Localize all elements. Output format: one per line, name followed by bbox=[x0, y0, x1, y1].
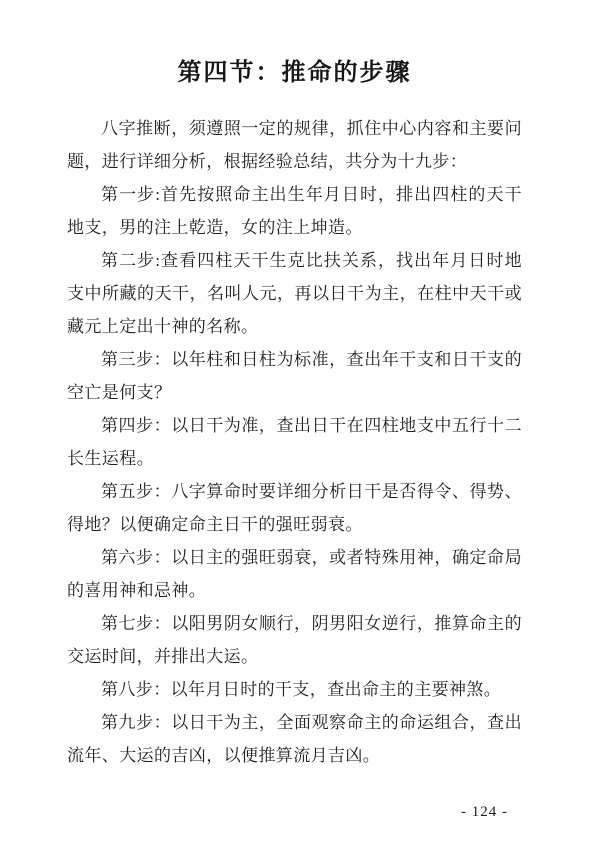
paragraph-step-3: 第三步：以年柱和日柱为标准，查出年干支和日干支的空亡是何支？ bbox=[67, 343, 522, 409]
paragraph-step-5: 第五步：八字算命时要详细分析日干是否得令、得势、得地？以便确定命主日干的强旺弱衰… bbox=[67, 475, 522, 541]
page-number: - 124 - bbox=[461, 804, 508, 821]
body-text: 八字推断，须遵照一定的规律，抓住中心内容和主要问题，进行详细分析，根据经验总结，… bbox=[67, 112, 522, 772]
section-title: 第四节：推命的步骤 bbox=[0, 52, 589, 87]
paragraph-step-4: 第四步：以日干为准，查出日干在四柱地支中五行十二长生运程。 bbox=[67, 409, 522, 475]
document-page: 第四节：推命的步骤 八字推断，须遵照一定的规律，抓住中心内容和主要问题，进行详细… bbox=[0, 0, 589, 854]
paragraph-step-7: 第七步：以阳男阴女顺行，阴男阳女逆行，推算命主的交运时间，并排出大运。 bbox=[67, 607, 522, 673]
paragraph-intro: 八字推断，须遵照一定的规律，抓住中心内容和主要问题，进行详细分析，根据经验总结，… bbox=[67, 112, 522, 178]
paragraph-step-9: 第九步：以日干为主，全面观察命主的命运组合，查出流年、大运的吉凶，以便推算流月吉… bbox=[67, 706, 522, 772]
paragraph-step-2: 第二步:查看四柱天干生克比扶关系，找出年月日时地支中所藏的天干，名叫人元，再以日… bbox=[67, 244, 522, 343]
paragraph-step-6: 第六步：以日主的强旺弱衰，或者特殊用神，确定命局的喜用神和忌神。 bbox=[67, 541, 522, 607]
paragraph-step-1: 第一步:首先按照命主出生年月日时，排出四柱的天干地支，男的注上乾造，女的注上坤造… bbox=[67, 178, 522, 244]
paragraph-step-8: 第八步：以年月日时的干支，查出命主的主要神煞。 bbox=[67, 673, 522, 706]
